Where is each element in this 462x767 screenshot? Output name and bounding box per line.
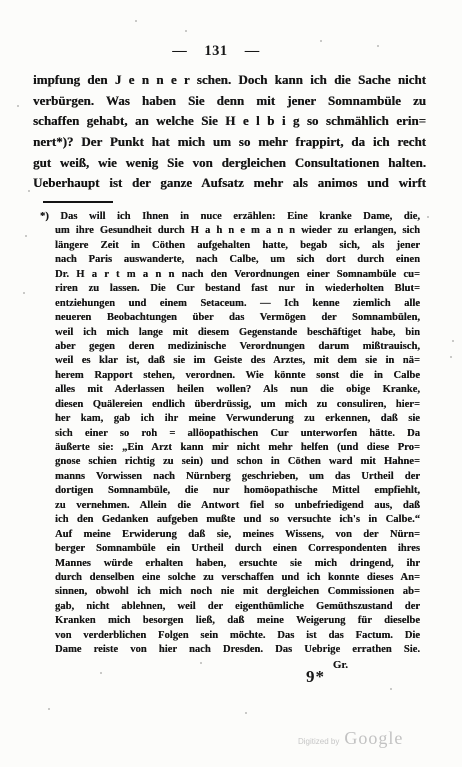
scan-speckle	[200, 662, 202, 664]
footnote-line: dortigen Somnambüle, die nur homöopathis…	[40, 484, 420, 498]
scan-speckle	[100, 672, 102, 674]
footnote-line: von verderblichen Folgen sein möchte. Da…	[40, 629, 420, 643]
text-line: nert*)? Der Punkt hat mich um so mehr fr…	[33, 132, 426, 153]
scan-speckle	[23, 292, 25, 294]
scan-speckle	[450, 356, 452, 358]
footnote-block: *) Das will ich Ihnen in nuce erzählen: …	[40, 210, 420, 672]
scan-speckle	[245, 712, 247, 714]
scan-speckle	[377, 45, 379, 47]
footnote-line: ich den Gedanken aufgeben mußte und so v…	[40, 513, 420, 527]
footnote-line: riren zu lassen. Die Cur bestand fast nu…	[40, 282, 420, 296]
text-line: schaffen gehabt, an welche Sie H e l b i…	[33, 111, 426, 132]
text-line: Ueberhaupt ist der ganze Aufsatz mehr al…	[33, 173, 426, 194]
main-text-block: impfung den J e n n e r schen. Doch kann…	[33, 70, 426, 194]
footnote-line: herem Rapport stehen, verordnen. Wie kön…	[40, 369, 420, 383]
text-line: verbürgen. Was haben Sie denn mit jener …	[33, 91, 426, 112]
footnote-line: gnose schien richtig zu sein) und schon …	[40, 455, 420, 469]
scan-speckle	[427, 216, 429, 218]
footnote-line: weil ich mich lange mit diesem Gegenstan…	[40, 326, 420, 340]
sheet-signature-mark: 9*	[306, 667, 325, 687]
footnote-author-signature: Gr.	[40, 658, 420, 673]
scan-speckle	[48, 708, 50, 710]
footnote-line: Dame reiste von hier nach Dresden. Das U…	[40, 643, 420, 657]
page-number: — 131 —	[0, 43, 432, 60]
footnote-line: durch denselben eine solche zu verschaff…	[40, 571, 420, 585]
scan-speckle	[135, 20, 137, 22]
footnote-line: weil es klar ist, daß sie im Geiste des …	[40, 354, 420, 368]
text-line: impfung den J e n n e r schen. Doch kann…	[33, 70, 426, 91]
footnote-line: berger Somnambüle ein Urtheil durch eine…	[40, 542, 420, 556]
scan-speckle	[320, 40, 322, 42]
footnote-line: zu vernehmen. Allein die Antwort fiel so…	[40, 499, 420, 513]
footnote-line: neueren Beobachtungen über das Vermögen …	[40, 311, 420, 325]
footnote-line: entziehungen und einem Setaceum. — Ich k…	[40, 297, 420, 311]
footnote-line: Dr. H a r t m a n n nach den Verordnunge…	[40, 268, 420, 282]
footnote-line: aber gegen deren medizinische Verordnung…	[40, 340, 420, 354]
footnote-line: manns Vorwissen nach Nürnberg geschriebe…	[40, 470, 420, 484]
footnote-line: diesen Quälereien endlich überdrüssig, u…	[40, 398, 420, 412]
footnote-line: längere Zeit in Cöthen aufgehalten hatte…	[40, 239, 420, 253]
footnote-line: alles mit Aderlassen heilen wollen? Als …	[40, 383, 420, 397]
scan-speckle	[185, 30, 187, 32]
footnote-line: nach Paris auswanderte, nach Calbe, um s…	[40, 253, 420, 267]
scanned-book-page: — 131 — impfung den J e n n e r schen. D…	[0, 0, 462, 767]
text-line: gut weiß, wie wenig Sie von dergleichen …	[33, 153, 426, 174]
scan-speckle	[452, 340, 454, 342]
footnote-line: her kam, gab ich ihr meine Verwunderung …	[40, 412, 420, 426]
footnote-line: sinnen, obwohl ich mich noch nie mit der…	[40, 585, 420, 599]
footnote-line: Kranken mich besorgen ließ, daß meine We…	[40, 614, 420, 628]
footnote-line: gab, nicht ablehnen, weil der eigenthüml…	[40, 600, 420, 614]
scan-speckle	[25, 235, 27, 237]
google-logo: Google	[344, 728, 403, 749]
digitized-watermark: Digitized by Google	[298, 728, 403, 749]
footnote-separator-rule	[43, 201, 113, 203]
scan-speckle	[390, 688, 392, 690]
footnote-line: *) Das will ich Ihnen in nuce erzählen: …	[40, 210, 420, 224]
footnote-line: Mannes würde erhalten haben, ersuchte si…	[40, 557, 420, 571]
footnote-line: um ihre Gesundheit durch H a h n e m a n…	[40, 224, 420, 238]
footnote-line: Auf meine Erwiderung daß sie, meines Wis…	[40, 528, 420, 542]
footnote-line: äußerte sie: „Ein Arzt kann mir nicht me…	[40, 441, 420, 455]
scan-speckle	[28, 190, 30, 192]
watermark-prefix: Digitized by	[298, 737, 339, 746]
footnote-line: sich einer so roh = allöopathischen Cur …	[40, 427, 420, 441]
scan-speckle	[17, 105, 19, 107]
